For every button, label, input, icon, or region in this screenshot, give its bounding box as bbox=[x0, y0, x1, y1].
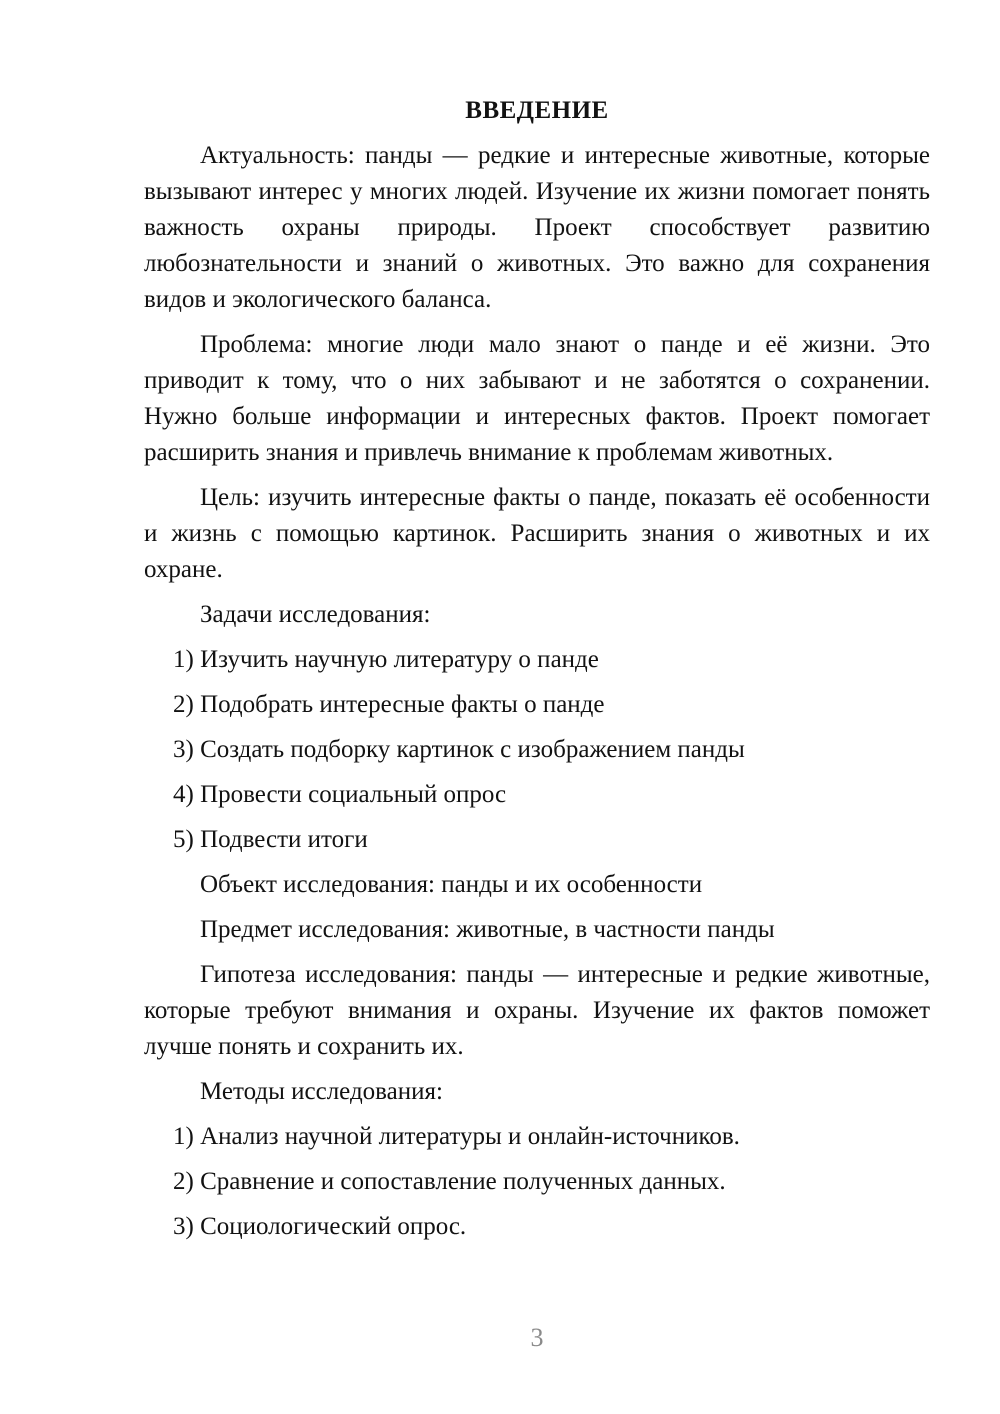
paragraph-object: Объект исследования: панды и их особенно… bbox=[144, 867, 930, 903]
paragraph-goal: Цель: изучить интересные факты о панде, … bbox=[144, 480, 930, 588]
task-item-3: 3) Создать подборку картинок с изображен… bbox=[144, 732, 930, 768]
methods-heading: Методы исследования: bbox=[144, 1074, 930, 1110]
task-item-5: 5) Подвести итоги bbox=[144, 822, 930, 858]
task-item-1: 1) Изучить научную литературу о панде bbox=[144, 642, 930, 678]
method-item-2: 2) Сравнение и сопоставление полученных … bbox=[144, 1164, 930, 1200]
paragraph-hypothesis: Гипотеза исследования: панды — интересны… bbox=[144, 957, 930, 1065]
paragraph-relevance: Актуальность: панды — редкие и интересны… bbox=[144, 138, 930, 318]
tasks-heading: Задачи исследования: bbox=[144, 597, 930, 633]
paragraph-problem: Проблема: многие люди мало знают о панде… bbox=[144, 327, 930, 471]
method-item-1: 1) Анализ научной литературы и онлайн-ис… bbox=[144, 1119, 930, 1155]
page-number: 3 bbox=[144, 1320, 930, 1356]
task-item-2: 2) Подобрать интересные факты о панде bbox=[144, 687, 930, 723]
document-content: ВВЕДЕНИЕ Актуальность: панды — редкие и … bbox=[144, 93, 930, 1254]
task-item-4: 4) Провести социальный опрос bbox=[144, 777, 930, 813]
paragraph-subject: Предмет исследования: животные, в частно… bbox=[144, 912, 930, 948]
page-title: ВВЕДЕНИЕ bbox=[144, 93, 930, 129]
method-item-3: 3) Социологический опрос. bbox=[144, 1209, 930, 1245]
